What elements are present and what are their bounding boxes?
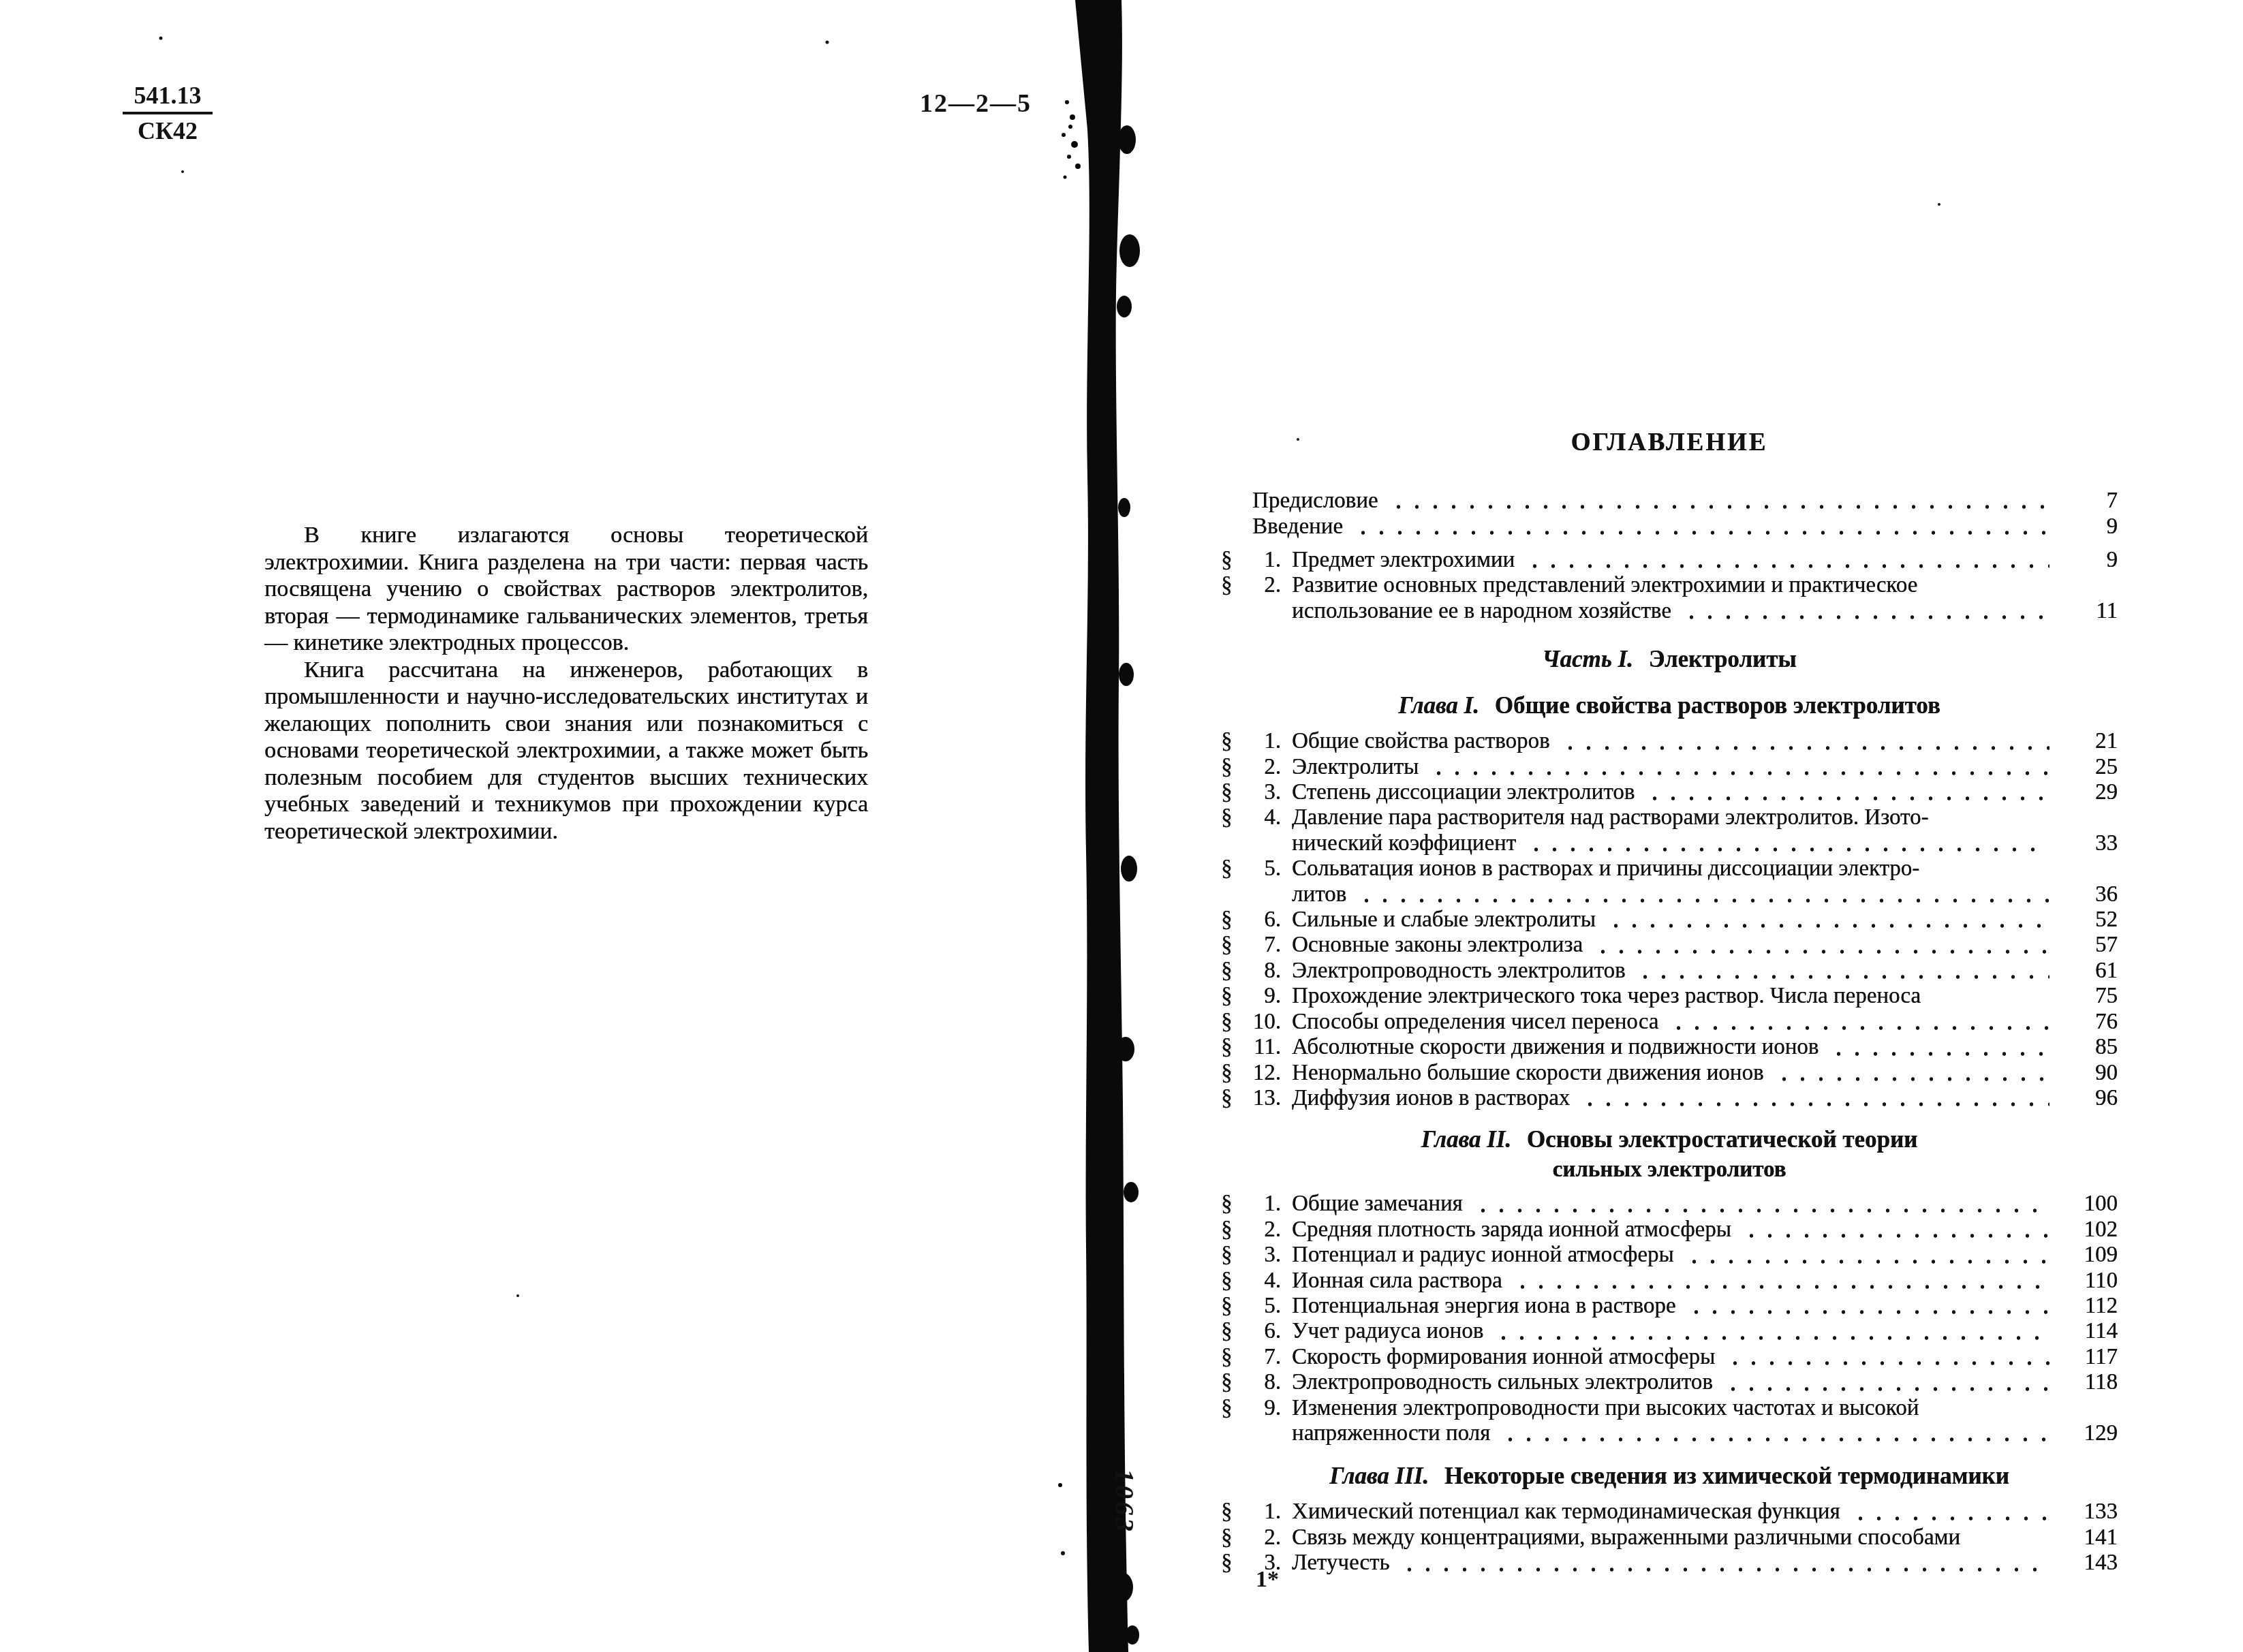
entry-line-with-page: литов 36 <box>1292 882 2118 907</box>
inventory-stamp: 12—2—5 <box>920 89 1032 119</box>
entry-title: Способы определения чисел переноса <box>1292 1010 1658 1035</box>
section-sign: § <box>1221 1319 1244 1344</box>
section-sign: § <box>1221 1010 1244 1035</box>
entry-number: 10. <box>1244 1010 1281 1035</box>
chapter-2-entries: § 1. Общие замечания 100 § 2. Средняя пл… <box>1221 1191 2118 1446</box>
toc-entry: § 1. Общие свойства растворов 21 <box>1221 729 2118 754</box>
entry-line-with-page: Потенциал и радиус ионной атмосферы 109 <box>1292 1243 2118 1268</box>
dot-leader <box>1399 1566 2049 1573</box>
entry-number: 2. <box>1244 755 1281 780</box>
entry-title: Электропроводность сильных электролитов <box>1292 1370 1713 1395</box>
entry-title: Ненормально большие скорости движения ио… <box>1292 1061 1764 1086</box>
table-of-contents: ОГЛАВЛЕНИЕ Предисловие 7 Введение 9 § 1.… <box>1221 429 2118 1576</box>
dot-leader <box>1684 1258 2049 1265</box>
entry-body: Диффузия ионов в растворах 96 <box>1292 1086 2118 1111</box>
dot-leader <box>1579 1101 2049 1108</box>
toc-entry: § 3. Потенциал и радиус ионной атмосферы… <box>1221 1243 2118 1268</box>
annotation-paragraph-1: В книге излагаются основы теоретической … <box>264 522 868 657</box>
entry-number: 5. <box>1244 856 1281 882</box>
entry-line-with-page: Средняя плотность заряда ионной атмосфер… <box>1292 1217 2118 1243</box>
entry-number: 6. <box>1244 1319 1281 1344</box>
section-sign: § <box>1221 1243 1244 1268</box>
section-sign: § <box>1221 856 1244 882</box>
section-sign: § <box>1221 1370 1244 1395</box>
toc-entry: § 11. Абсолютные скорости движения и под… <box>1221 1035 2118 1060</box>
entry-title: Учет радиуса ионов <box>1292 1319 1483 1344</box>
section-sign: § <box>1221 729 1244 754</box>
entry-page-number: 7 <box>2060 488 2118 514</box>
entry-line-with-page: Способы определения чисел переноса 76 <box>1292 1010 2118 1035</box>
entry-title: Основные законы электролиза <box>1292 933 1583 958</box>
dot-leader <box>1592 948 2049 955</box>
entry-line-with-page: Общие замечания 100 <box>1292 1191 2118 1217</box>
dot-leader <box>1970 1540 2049 1547</box>
entry-title: Скорость формирования ионной атмосферы <box>1292 1345 1715 1370</box>
toc-front-matter: Предисловие 7 Введение 9 <box>1221 488 2118 540</box>
entry-line-with-page: Ионная сила раствора 110 <box>1292 1268 2118 1294</box>
entry-page-number: 114 <box>2060 1319 2118 1344</box>
entry-body: Учет радиуса ионов 114 <box>1292 1319 2118 1344</box>
entry-line-with-page: Диффузия ионов в растворах 96 <box>1292 1086 2118 1111</box>
entry-number: 9. <box>1244 984 1281 1009</box>
entry-title-line1: Изменения электропроводности при высоких… <box>1292 1396 2118 1421</box>
section-sign: § <box>1221 1294 1244 1319</box>
chapter-3-title: Некоторые сведения из химической термоди… <box>1444 1463 2009 1489</box>
section-sign: § <box>1221 959 1244 984</box>
chapter-1-kicker: Глава I. <box>1398 692 1479 719</box>
toc-entry: § 6. Сильные и слабые электролиты 52 <box>1221 907 2118 933</box>
entry-body: Ненормально большие скорости движения ио… <box>1292 1061 2118 1086</box>
book-annotation: В книге излагаются основы теоретической … <box>264 522 868 845</box>
entry-body: Потенциал и радиус ионной атмосферы 109 <box>1292 1243 2118 1268</box>
entry-body: Способы определения чисел переноса 76 <box>1292 1010 2118 1035</box>
entry-number: 1. <box>1244 1191 1281 1217</box>
entry-line-with-page: Общие свойства растворов 21 <box>1292 729 2118 754</box>
entry-title-line1: Сольватация ионов в растворах и причины … <box>1292 856 2118 882</box>
dot-leader <box>1356 897 2049 904</box>
entry-number: 6. <box>1244 907 1281 933</box>
entry-line-with-page: Потенциальная энергия иона в растворе 11… <box>1292 1294 2118 1319</box>
entry-page-number: 76 <box>2060 1010 2118 1035</box>
entry-number: 13. <box>1244 1086 1281 1111</box>
toc-entry: § 3. Летучесть 143 <box>1221 1550 2118 1576</box>
entry-body: Скорость формирования ионной атмосферы 1… <box>1292 1345 2118 1370</box>
chapter-1-entries: § 1. Общие свойства растворов 21 § 2. Эл… <box>1221 729 2118 1111</box>
entry-body: Летучесть 143 <box>1292 1550 2118 1576</box>
entry-page-number: 143 <box>2060 1550 2118 1576</box>
dot-leader <box>1560 745 2049 751</box>
entry-title: Потенциал и радиус ионной атмосферы <box>1292 1243 1674 1268</box>
chapter-3-entries: § 1. Химический потенциал как термодинам… <box>1221 1499 2118 1576</box>
entry-title: Химический потенциал как термодинамическ… <box>1292 1499 1840 1525</box>
section-sign: § <box>1221 1268 1244 1294</box>
call-number-class: 541.13 <box>123 80 213 114</box>
dot-leader <box>1681 614 2049 621</box>
entry-number: 9. <box>1244 1396 1281 1421</box>
dot-leader <box>1605 922 2049 929</box>
entry-page-number: 9 <box>2060 548 2118 573</box>
entry-body: Прохождение электрического тока через ра… <box>1292 984 2118 1009</box>
chapter-2-title-line2: сильных электролитов <box>1221 1155 2118 1185</box>
entry-line-with-page: Летучесть 143 <box>1292 1550 2118 1576</box>
toc-entry: § 7. Скорость формирования ионной атмосф… <box>1221 1345 2118 1370</box>
entry-body: Потенциальная энергия иона в растворе 11… <box>1292 1294 2118 1319</box>
toc-entry: § 8. Электропроводность сильных электрол… <box>1221 1370 2118 1395</box>
spine-speckles <box>1058 100 1081 1555</box>
entry-number: 11. <box>1244 1035 1281 1060</box>
entry-number: 1. <box>1244 548 1281 573</box>
dot-leader <box>1644 795 2049 802</box>
chapter-2-kicker: Глава II. <box>1421 1126 1511 1153</box>
chapter-2-heading: Глава II. Основы электростатической теор… <box>1221 1125 2118 1155</box>
entry-title-line2: литов <box>1292 882 1346 907</box>
dot-leader <box>1724 1360 2049 1367</box>
part-1-title: Электролиты <box>1649 646 1797 672</box>
entry-line-with-page: Абсолютные скорости движения и подвижнос… <box>1292 1035 2118 1060</box>
entry-page-number: 75 <box>2060 984 2118 1009</box>
entry-title: Абсолютные скорости движения и подвижнос… <box>1292 1035 1819 1060</box>
entry-page-number: 9 <box>2060 514 2118 540</box>
entry-title-line1: Развитие основных представлений электрох… <box>1292 573 2118 598</box>
entry-number: 3. <box>1244 1243 1281 1268</box>
entry-line-with-page: Прохождение электрического тока через ра… <box>1292 984 2118 1009</box>
dot-leader <box>1668 1025 2049 1031</box>
toc-entry: § 7. Основные законы электролиза 57 <box>1221 933 2118 958</box>
entry-line-with-page: Химический потенциал как термодинамическ… <box>1292 1499 2118 1525</box>
entry-title-line1: Давление пара растворителя над растворам… <box>1292 805 2118 830</box>
entry-title: Связь между концентрациями, выраженными … <box>1292 1525 1960 1550</box>
entry-title: Электролиты <box>1292 755 1419 780</box>
toc-front-entry: Предисловие 7 <box>1221 488 2118 514</box>
dot-leader <box>1472 1207 2049 1214</box>
dot-leader <box>1774 1076 2049 1082</box>
entry-body: Развитие основных представлений электрох… <box>1292 573 2118 624</box>
chapter-2-title-line1: Основы электростатической теории <box>1527 1126 1917 1153</box>
entry-body: Общие замечания 100 <box>1292 1191 2118 1217</box>
entry-body: Абсолютные скорости движения и подвижнос… <box>1292 1035 2118 1060</box>
entry-title: Средняя плотность заряда ионной атмосфер… <box>1292 1217 1731 1243</box>
entry-line-with-page: Электропроводность электролитов 61 <box>1292 959 2118 984</box>
entry-number: 3. <box>1244 780 1281 805</box>
section-sign: § <box>1221 984 1244 1009</box>
section-sign: § <box>1221 1217 1244 1243</box>
entry-line-with-page: Электролиты 25 <box>1292 755 2118 780</box>
entry-body: Химический потенциал как термодинамическ… <box>1292 1499 2118 1525</box>
spine-ink-blobs <box>1111 125 1140 1645</box>
entry-number: 4. <box>1244 1268 1281 1294</box>
entry-body: Средняя плотность заряда ионной атмосфер… <box>1292 1217 2118 1243</box>
entry-page-number: 11 <box>2060 599 2118 624</box>
entry-page-number: 36 <box>2060 882 2118 907</box>
entry-body: Основные законы электролиза 57 <box>1292 933 2118 958</box>
entry-title: Летучесть <box>1292 1550 1389 1576</box>
entry-page-number: 141 <box>2060 1525 2118 1550</box>
entry-line-with-page: Скорость формирования ионной атмосферы 1… <box>1292 1345 2118 1370</box>
toc-entry: § 9. Изменения электропроводности при вы… <box>1221 1396 2118 1447</box>
dot-leader <box>1930 999 2049 1006</box>
toc-entry: § 5. Сольватация ионов в растворах и при… <box>1221 856 2118 907</box>
section-sign: § <box>1221 755 1244 780</box>
entry-title-line2: использование ее в народном хозяйстве <box>1292 599 1671 624</box>
entry-page-number: 102 <box>2060 1217 2118 1243</box>
entry-number: 1. <box>1244 1499 1281 1525</box>
entry-body: Предмет электрохимии 9 <box>1292 548 2118 573</box>
section-sign: § <box>1221 1086 1244 1111</box>
entry-number: 7. <box>1244 1345 1281 1370</box>
entry-page-number: 117 <box>2060 1345 2118 1370</box>
section-sign: § <box>1221 1396 1244 1421</box>
entry-title: Общие замечания <box>1292 1191 1463 1217</box>
dot-leader <box>1493 1335 2049 1341</box>
entry-page-number: 109 <box>2060 1243 2118 1268</box>
dot-leader <box>1686 1309 2050 1315</box>
call-number-cutter: СК42 <box>123 114 213 146</box>
entry-line-with-page: Степень диссоциации электролитов 29 <box>1292 780 2118 805</box>
entry-page-number: 57 <box>2060 933 2118 958</box>
entry-line-with-page: Учет радиуса ионов 114 <box>1292 1319 2118 1344</box>
part-1-kicker: Часть I. <box>1542 646 1633 672</box>
entry-title: Ионная сила раствора <box>1292 1268 1502 1294</box>
entry-title-line2: нический коэффициент <box>1292 831 1516 856</box>
entry-line-with-page: Ненормально большие скорости движения ио… <box>1292 1061 2118 1086</box>
library-call-number: 541.13 СК42 <box>123 80 213 146</box>
entry-body: Ионная сила раствора 110 <box>1292 1268 2118 1294</box>
chapter-1-title: Общие свойства растворов электролитов <box>1495 692 1940 719</box>
part-1-heading: Часть I. Электролиты <box>1221 644 2118 674</box>
entry-page-number: 133 <box>2060 1499 2118 1525</box>
entry-number: 2. <box>1244 573 1281 598</box>
entry-title: Степень диссоциации электролитов <box>1292 780 1635 805</box>
entry-body: Общие свойства растворов 21 <box>1292 729 2118 754</box>
entry-number: 2. <box>1244 1217 1281 1243</box>
entry-body: Электропроводность сильных электролитов … <box>1292 1370 2118 1395</box>
entry-title: Потенциальная энергия иона в растворе <box>1292 1294 1676 1319</box>
entry-title: Диффузия ионов в растворах <box>1292 1086 1570 1111</box>
entry-page-number: 29 <box>2060 780 2118 805</box>
entry-title: Введение <box>1252 514 1343 540</box>
toc-entry: § 10. Способы определения чисел переноса… <box>1221 1010 2118 1035</box>
section-sign: § <box>1221 805 1244 830</box>
toc-title: ОГЛАВЛЕНИЕ <box>1221 429 2118 456</box>
spine-handwritten-number: 1063 <box>1109 1469 1141 1534</box>
entry-line-with-page: напряженности поля 129 <box>1292 1421 2118 1446</box>
toc-entry: § 12. Ненормально большие скорости движе… <box>1221 1061 2118 1086</box>
entry-page-number: 21 <box>2060 729 2118 754</box>
entry-page-number: 118 <box>2060 1370 2118 1395</box>
toc-entry: § 1. Предмет электрохимии 9 <box>1221 548 2118 573</box>
dot-leader <box>1352 529 2049 536</box>
entry-page-number: 110 <box>2060 1268 2118 1294</box>
toc-entry: § 2. Развитие основных представлений эле… <box>1221 573 2118 624</box>
entry-body: Сольватация ионов в растворах и причины … <box>1292 856 2118 907</box>
entry-page-number: 90 <box>2060 1061 2118 1086</box>
toc-entry: § 1. Химический потенциал как термодинам… <box>1221 1499 2118 1525</box>
entry-title: Предисловие <box>1252 488 1378 514</box>
dot-leader <box>1512 1283 2049 1290</box>
entry-page-number: 100 <box>2060 1191 2118 1217</box>
toc-entry: § 4. Ионная сила раствора 110 <box>1221 1268 2118 1294</box>
entry-title: Общие свойства растворов <box>1292 729 1550 754</box>
entry-line-with-page: Электропроводность сильных электролитов … <box>1292 1370 2118 1395</box>
entry-page-number: 25 <box>2060 755 2118 780</box>
entry-line-with-page: использование ее в народном хозяйстве 11 <box>1292 599 2118 624</box>
section-sign: § <box>1221 1550 1244 1576</box>
dot-leader <box>1741 1232 2049 1239</box>
dot-leader <box>1524 563 2049 570</box>
entry-page-number: 33 <box>2060 831 2118 856</box>
section-sign: § <box>1221 1191 1244 1217</box>
entry-title: Предмет электрохимии <box>1292 548 1515 573</box>
signature-mark: 1* <box>1256 1567 1279 1593</box>
entry-number: 8. <box>1244 1370 1281 1395</box>
entry-line-with-page: Сильные и слабые электролиты 52 <box>1292 907 2118 933</box>
section-sign: § <box>1221 933 1244 958</box>
dot-leader <box>1428 770 2049 777</box>
entry-title: Сильные и слабые электролиты <box>1292 907 1596 933</box>
entry-title: Электропроводность электролитов <box>1292 959 1625 984</box>
dot-leader <box>1635 973 2049 980</box>
dot-leader <box>1388 503 2050 510</box>
section-sign: § <box>1221 1061 1244 1086</box>
entry-page-number: 61 <box>2060 959 2118 984</box>
entry-body: Электропроводность электролитов 61 <box>1292 959 2118 984</box>
toc-entry: § 5. Потенциальная энергия иона в раство… <box>1221 1294 2118 1319</box>
toc-entry: § 2. Средняя плотность заряда ионной атм… <box>1221 1217 2118 1243</box>
annotation-paragraph-2: Книга рассчитана на инженеров, работающи… <box>264 657 868 845</box>
entry-number: 8. <box>1244 959 1281 984</box>
entry-page-number: 85 <box>2060 1035 2118 1060</box>
dot-leader <box>1828 1050 2049 1057</box>
entry-line-with-page: Предмет электрохимии 9 <box>1292 548 2118 573</box>
toc-introduction-sections: § 1. Предмет электрохимии 9 § 2. Развити… <box>1221 548 2118 624</box>
toc-entry: § 1. Общие замечания 100 <box>1221 1191 2118 1217</box>
section-sign: § <box>1221 907 1244 933</box>
toc-entry: § 2. Электролиты 25 <box>1221 755 2118 780</box>
entry-number: 4. <box>1244 805 1281 830</box>
toc-entry: § 13. Диффузия ионов в растворах 96 <box>1221 1086 2118 1111</box>
section-sign: § <box>1221 1035 1244 1060</box>
section-sign: § <box>1221 1345 1244 1370</box>
entry-page-number: 112 <box>2060 1294 2118 1319</box>
dot-leader <box>1500 1436 2049 1443</box>
entry-body: Сильные и слабые электролиты 52 <box>1292 907 2118 933</box>
entry-page-number: 52 <box>2060 907 2118 933</box>
chapter-3-heading: Глава III. Некоторые сведения из химичес… <box>1221 1461 2118 1491</box>
toc-entry: § 9. Прохождение электрического тока чер… <box>1221 984 2118 1009</box>
dot-leader <box>1722 1386 2049 1392</box>
entry-number: 5. <box>1244 1294 1281 1319</box>
toc-entry: § 2. Связь между концентрациями, выражен… <box>1221 1525 2118 1550</box>
entry-title: Прохождение электрического тока через ра… <box>1292 984 1921 1009</box>
chapter-1-heading: Глава I. Общие свойства растворов электр… <box>1221 691 2118 721</box>
entry-line-with-page: нический коэффициент 33 <box>1292 831 2118 856</box>
entry-body: Давление пара растворителя над растворам… <box>1292 805 2118 856</box>
toc-entry: § 6. Учет радиуса ионов 114 <box>1221 1319 2118 1344</box>
entry-page-number: 96 <box>2060 1086 2118 1111</box>
toc-entry: § 8. Электропроводность электролитов 61 <box>1221 959 2118 984</box>
section-sign: § <box>1221 780 1244 805</box>
dot-leader <box>1526 846 2049 853</box>
entry-page-number: 129 <box>2060 1421 2118 1446</box>
entry-body: Связь между концентрациями, выраженными … <box>1292 1525 2118 1550</box>
toc-entry: § 3. Степень диссоциации электролитов 29 <box>1221 780 2118 805</box>
entry-line-with-page: Основные законы электролиза 57 <box>1292 933 2118 958</box>
entry-body: Электролиты 25 <box>1292 755 2118 780</box>
entry-number: 12. <box>1244 1061 1281 1086</box>
entry-body: Степень диссоциации электролитов 29 <box>1292 780 2118 805</box>
entry-number: 2. <box>1244 1525 1281 1550</box>
chapter-3-kicker: Глава III. <box>1329 1463 1429 1489</box>
entry-title-line2: напряженности поля <box>1292 1421 1490 1446</box>
entry-number: 7. <box>1244 933 1281 958</box>
toc-entry: § 4. Давление пара растворителя над раст… <box>1221 805 2118 856</box>
dot-leader <box>1850 1515 2049 1522</box>
toc-front-entry: Введение 9 <box>1221 514 2118 540</box>
section-sign: § <box>1221 1499 1244 1525</box>
section-sign: § <box>1221 573 1244 598</box>
entry-number: 1. <box>1244 729 1281 754</box>
entry-body: Изменения электропроводности при высоких… <box>1292 1396 2118 1447</box>
entry-line-with-page: Связь между концентрациями, выраженными … <box>1292 1525 2118 1550</box>
section-sign: § <box>1221 1525 1244 1550</box>
section-sign: § <box>1221 548 1244 573</box>
